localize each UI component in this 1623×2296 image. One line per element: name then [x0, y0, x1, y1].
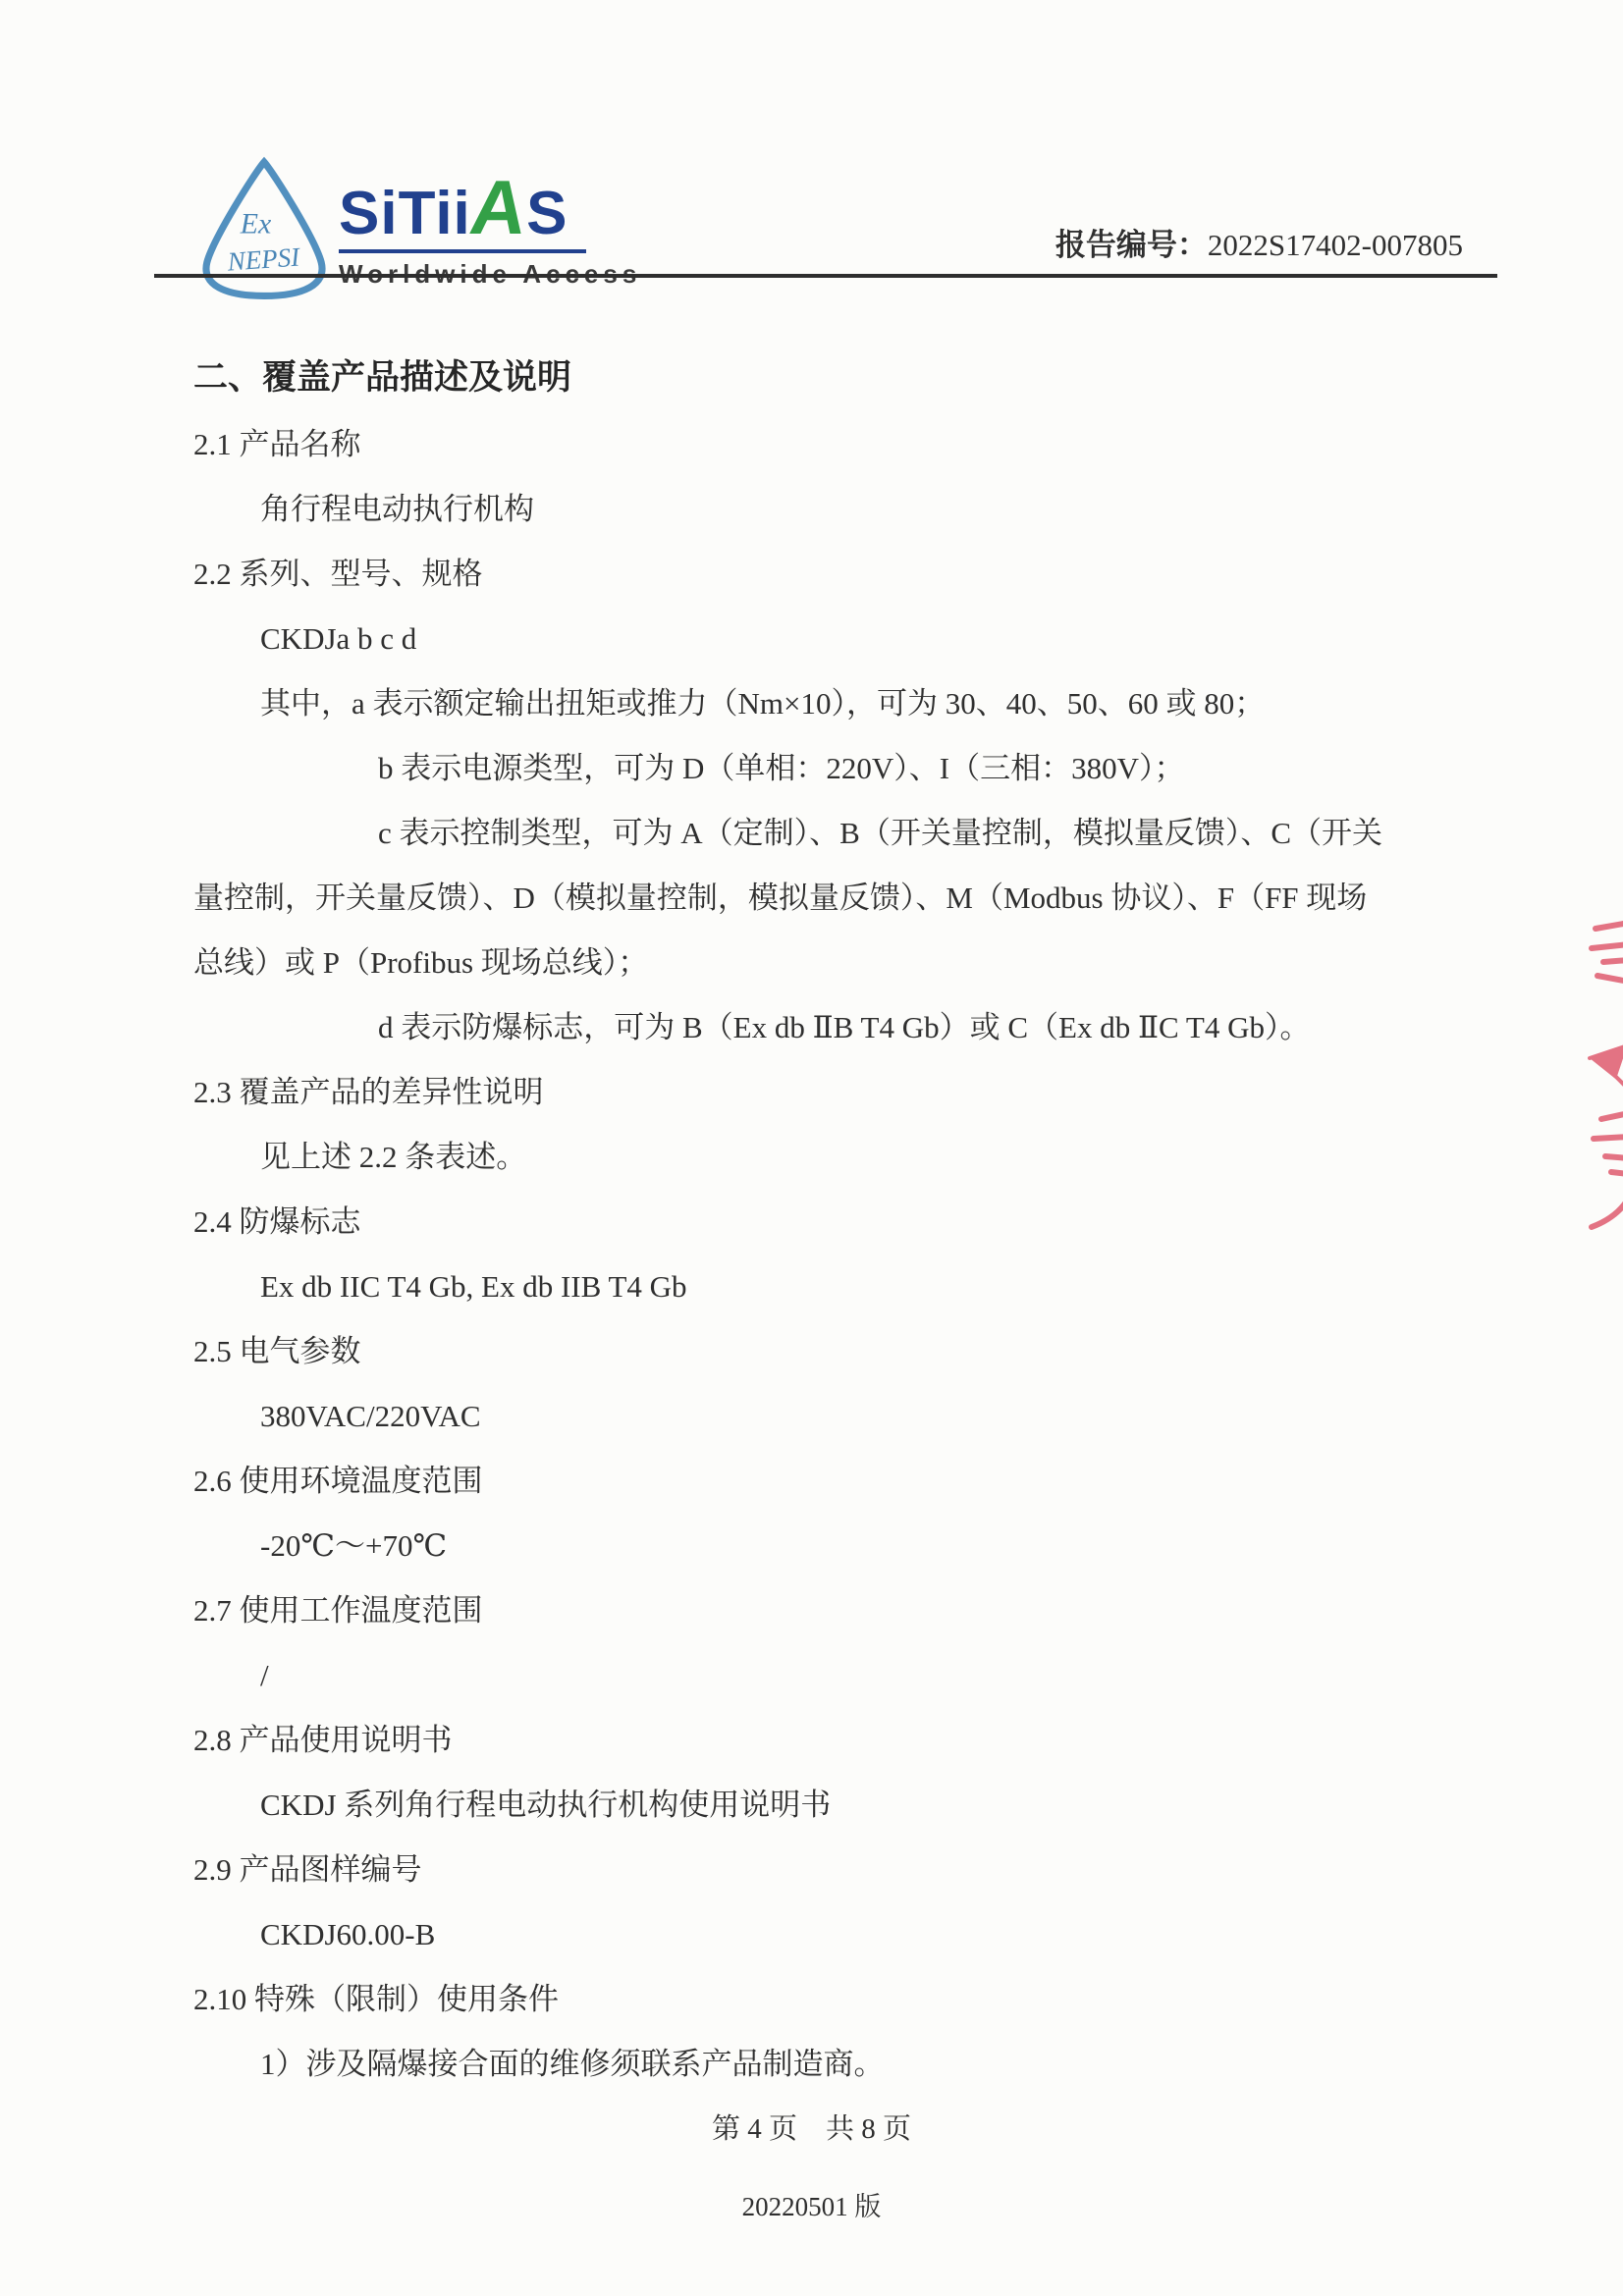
document-line: 380VAC/220VAC — [193, 1384, 1525, 1449]
document-line: 2.1 产品名称 — [193, 412, 1525, 477]
report-number-label: 报告编号： — [1055, 228, 1208, 262]
header-divider — [154, 274, 1497, 278]
document-line: 1）涉及隔爆接合面的维修须联系产品制造商。 — [193, 2032, 1525, 2097]
svg-text:NEPSI: NEPSI — [226, 241, 302, 276]
document-line: d 表示防爆标志，可为 B（Ex db ⅡB T4 Gb）或 C（Ex db Ⅱ… — [193, 995, 1525, 1060]
footer-page-indicator: 第 4 页 共 8 页 — [0, 2107, 1623, 2147]
document-line: Ex db IIC T4 Gb, Ex db IIB T4 Gb — [193, 1255, 1525, 1319]
sitiias-logo: SiTiiAS Worldwide Access — [339, 169, 633, 290]
document-line: / — [193, 1643, 1525, 1708]
brand-underline — [339, 249, 586, 253]
document-line: 2.9 产品图样编号 — [193, 1838, 1525, 1902]
red-seal-fragment-icon — [1582, 911, 1623, 1245]
page-header: Ex NEPSI SiTiiAS Worldwide Access 报告编号：2… — [0, 0, 1623, 294]
document-line: 见上述 2.2 条表述。 — [193, 1125, 1525, 1190]
scanned-report-page: Ex NEPSI SiTiiAS Worldwide Access 报告编号：2… — [0, 0, 1623, 2296]
report-number-value: 2022S17402-007805 — [1208, 228, 1463, 262]
document-line: 2.4 防爆标志 — [193, 1190, 1525, 1255]
sitiias-wordmark: SiTiiAS — [339, 169, 633, 245]
document-line: b 表示电源类型，可为 D（单相：220V）、I（三相：380V）； — [193, 736, 1525, 801]
footer-version: 20220501 版 — [0, 2185, 1623, 2223]
brand-text-s: S — [526, 184, 568, 244]
document-line: 2.8 产品使用说明书 — [193, 1708, 1525, 1773]
nepsi-ex-badge-icon: Ex NEPSI — [194, 155, 334, 304]
section-title: 二、覆盖产品描述及说明 — [193, 344, 1525, 412]
document-line: 2.7 使用工作温度范围 — [193, 1578, 1525, 1643]
document-line: CKDJa b c d — [193, 607, 1525, 671]
document-line: CKDJ 系列角行程电动执行机构使用说明书 — [193, 1773, 1525, 1838]
document-line: 2.5 电气参数 — [193, 1319, 1525, 1384]
document-line: 量控制，开关量反馈）、D（模拟量控制，模拟量反馈）、M（Modbus 协议）、F… — [193, 866, 1525, 931]
document-line: 2.2 系列、型号、规格 — [193, 542, 1525, 607]
document-line: 总线）或 P（Profibus 现场总线）； — [193, 931, 1525, 995]
document-body: 二、覆盖产品描述及说明 2.1 产品名称角行程电动执行机构2.2 系列、型号、规… — [193, 344, 1525, 2097]
document-line: -20℃～+70℃ — [193, 1514, 1525, 1578]
svg-text:Ex: Ex — [240, 208, 272, 240]
brand-letter-a: A — [465, 169, 531, 245]
report-number: 报告编号：2022S17402-007805 — [1055, 220, 1463, 264]
document-line: 角行程电动执行机构 — [193, 477, 1525, 542]
document-line: 2.6 使用环境温度范围 — [193, 1449, 1525, 1514]
document-line: c 表示控制类型，可为 A（定制）、B（开关量控制，模拟量反馈）、C（开关 — [193, 801, 1525, 866]
document-line: 其中，a 表示额定输出扭矩或推力（Nm×10），可为 30、40、50、60 或… — [193, 671, 1525, 736]
document-line: 2.10 特殊（限制）使用条件 — [193, 1967, 1525, 2032]
document-line: 2.3 覆盖产品的差异性说明 — [193, 1060, 1525, 1125]
document-line: CKDJ60.00-B — [193, 1902, 1525, 1967]
brand-text-blue: SiTii — [339, 184, 471, 244]
